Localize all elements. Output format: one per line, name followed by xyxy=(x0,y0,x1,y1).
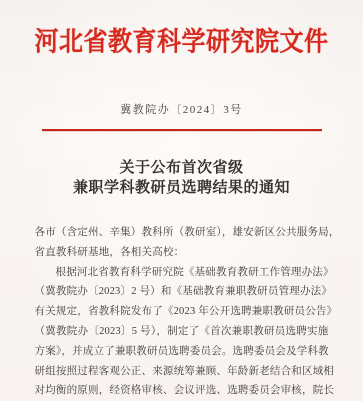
document-body: 各市（含定州、辛集）教科所（教研室），雄安新区公共服务局， 省直教科研基地，各相… xyxy=(35,223,329,401)
body-line: （冀教院办〔2023〕5 号），制定了《首次兼职教研员选聘实施 xyxy=(35,322,329,342)
red-divider-line xyxy=(42,129,322,131)
body-line: 方案》，并成立了兼职教研员选聘委员会。选聘委员会及学科教 xyxy=(35,342,329,362)
document-header-title: 河北省教育科学研究院文件 xyxy=(0,19,363,58)
body-line: 省直教科研基地，各相关高校： xyxy=(35,243,329,263)
body-line: 根据河北省教育科学研究院《基础教育教研工作管理办法》 xyxy=(35,263,329,283)
body-line: 研组按照过程客观公正、来源统筹兼顾、年龄新老结合和区域相 xyxy=(35,362,329,382)
body-line: 各市（含定州、辛集）教科所（教研室），雄安新区公共服务局， xyxy=(35,223,329,243)
document-title-line-2: 兼职学科教研员选聘结果的通知 xyxy=(0,178,363,198)
document-number: 冀教院办〔2024〕3号 xyxy=(0,101,363,117)
body-line: 有关规定，省教科院发布了《2023 年公开选聘兼职教研员公告》 xyxy=(35,302,329,322)
document-page: 河北省教育科学研究院文件 冀教院办〔2024〕3号 关于公布首次省级 兼职学科教… xyxy=(0,0,363,401)
body-line: 对均衡的原则，经资格审核、会议评选、选聘委员会审核，院长 xyxy=(35,381,329,401)
document-title: 关于公布首次省级 兼职学科教研员选聘结果的通知 xyxy=(0,158,363,198)
body-line: （冀教院办〔2023〕2 号）和《基础教育兼职教研员管理办法》 xyxy=(35,282,329,302)
document-title-line-1: 关于公布首次省级 xyxy=(0,158,363,178)
